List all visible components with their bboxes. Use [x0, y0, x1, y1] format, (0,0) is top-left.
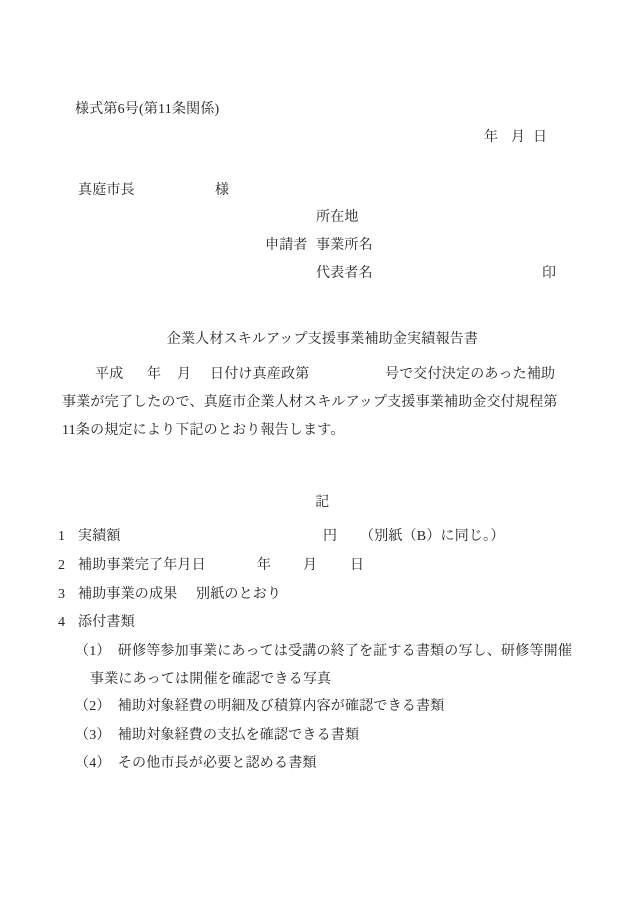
addressee-honorific: 様	[215, 182, 229, 200]
form-number: 様式第6号(第11条関係)	[75, 101, 219, 119]
item-4-label: 添付書類	[78, 614, 135, 632]
sub-item-2-line: （2） 補助対象経費の明細及び積算内容が確認できる書類	[0, 698, 630, 716]
document-title: 企業人材スキルアップ支援事業補助金実績報告書	[167, 332, 478, 347]
paragraph-date-phrase: 日付け真産政第	[210, 366, 309, 384]
addressee-line: 真庭市長 様	[0, 182, 630, 200]
item-2-number: 2	[58, 557, 65, 575]
ki-heading-line: 記	[0, 476, 630, 494]
item-1-line: 1 実績額 円 （別紙（B）に同じ。）	[0, 528, 630, 546]
sub-item-3-text: （3） 補助対象経費の支払を確認できる書類	[75, 727, 359, 745]
applicant-representative-label: 代表者名	[316, 265, 373, 283]
ki-heading: 記	[315, 495, 329, 510]
item-2-label: 補助事業完了年月日	[78, 557, 206, 575]
applicant-representative-line: 代表者名 印	[0, 265, 630, 283]
item-1-unit: 円	[323, 528, 337, 546]
applicant-address-label: 所在地	[316, 209, 359, 227]
item-1-note: （別紙（B）に同じ。）	[360, 528, 505, 546]
sub-item-1-line-2: 事業にあっては開催を確認できる写真	[0, 671, 630, 689]
paragraph-line-2: 事業が完了したので、真庭市企業人材スキルアップ支援事業補助金交付規程第	[0, 394, 630, 412]
paragraph-text-3: 11条の規定により下記のとおり報告します。	[62, 422, 345, 440]
item-2-line: 2 補助事業完了年月日 年 月 日	[0, 557, 630, 575]
paragraph-line-1: 平成 年 月 日付け真産政第 号で交付決定のあった補助	[0, 366, 630, 384]
paragraph-year-label: 年	[147, 366, 161, 384]
sub-item-1-text-1: （1） 研修等参加事業にあっては受講の終了を証する書類の写し、研修等開催	[75, 643, 572, 661]
era-label: 平成	[95, 366, 123, 384]
item-1-number: 1	[58, 528, 65, 546]
date-day-label: 日	[533, 129, 547, 147]
applicant-office-label: 事業所名	[316, 237, 373, 255]
sub-item-4-line: （4） その他市長が必要と認める書類	[0, 755, 630, 773]
applicant-label: 申請者	[265, 237, 308, 255]
sub-item-2-text: （2） 補助対象経費の明細及び積算内容が確認できる書類	[75, 698, 444, 716]
paragraph-number-phrase: 号で交付決定のあった補助	[385, 366, 555, 384]
item-1-label: 実績額	[78, 528, 121, 546]
sub-item-4-text: （4） その他市長が必要と認める書類	[75, 755, 317, 773]
applicant-address-line: 所在地	[0, 209, 630, 227]
paragraph-month-label: 月	[177, 366, 191, 384]
date-line: 年 月 日	[0, 129, 630, 147]
item-2-year-label: 年	[257, 557, 271, 575]
date-year-label: 年	[484, 129, 498, 147]
item-3-label: 補助事業の成果	[78, 586, 177, 604]
form-number-line: 様式第6号(第11条関係)	[0, 101, 630, 119]
seal-mark: 印	[542, 265, 556, 283]
item-4-number: 4	[58, 614, 65, 632]
title-line: 企業人材スキルアップ支援事業補助金実績報告書	[0, 313, 630, 331]
item-3-value: 別紙のとおり	[196, 586, 281, 604]
paragraph-text-2: 事業が完了したので、真庭市企業人材スキルアップ支援事業補助金交付規程第	[62, 394, 558, 412]
item-3-number: 3	[58, 586, 65, 604]
report-form-page: 様式第6号(第11条関係) 年 月 日 真庭市長 様 所在地 申請者 事業所名 …	[0, 0, 630, 903]
item-3-line: 3 補助事業の成果 別紙のとおり	[0, 586, 630, 604]
addressee-name: 真庭市長	[78, 182, 135, 200]
item-4-line: 4 添付書類	[0, 614, 630, 632]
date-month-label: 月	[511, 129, 525, 147]
sub-item-1-text-2: 事業にあっては開催を確認できる写真	[90, 671, 331, 689]
sub-item-3-line: （3） 補助対象経費の支払を確認できる書類	[0, 727, 630, 745]
item-2-day-label: 日	[350, 557, 364, 575]
sub-item-1-line-1: （1） 研修等参加事業にあっては受講の終了を証する書類の写し、研修等開催	[0, 643, 630, 661]
applicant-office-line: 申請者 事業所名	[0, 237, 630, 255]
item-2-month-label: 月	[303, 557, 317, 575]
paragraph-line-3: 11条の規定により下記のとおり報告します。	[0, 422, 630, 440]
